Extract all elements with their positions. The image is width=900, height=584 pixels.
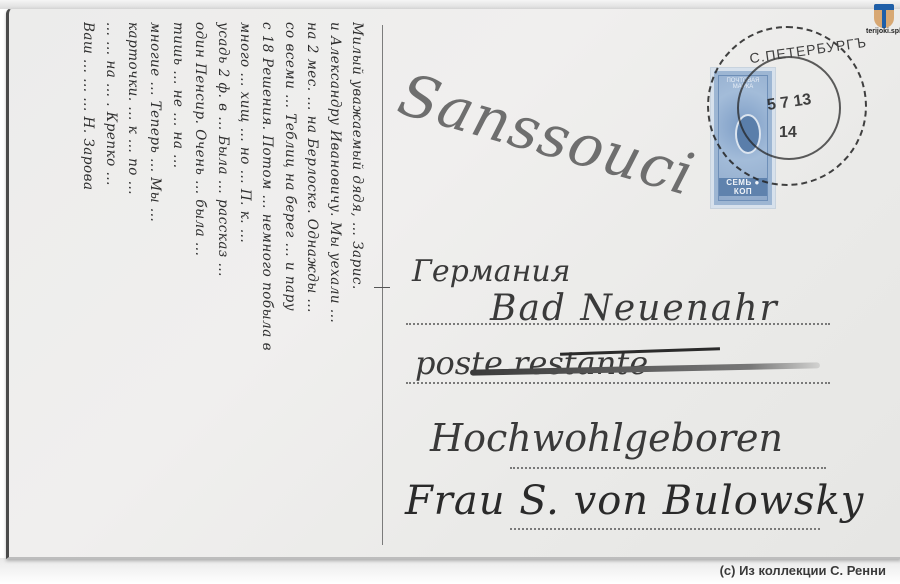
logo-text: terijoki.spb.ru: [866, 28, 900, 35]
handwritten-message: Милый уважаемый дядя, ... Зарис. и Алекс…: [14, 12, 374, 547]
message-line: Ваш ... ... ... Н. Зарова: [77, 22, 99, 537]
message-line: со всеми ... Теблиц на берег ... и пару: [278, 22, 300, 537]
address-line-2: [406, 382, 830, 384]
watermark-logo: terijoki.spb.ru: [864, 2, 900, 38]
message-area: Милый уважаемый дядя, ... Зарис. и Алекс…: [14, 12, 374, 552]
postmark: С.ПЕТЕРБУРГЪ 5 7 13 14: [707, 26, 867, 186]
address-country: Германия: [412, 254, 571, 289]
address-honorific: Hochwohlgeboren: [430, 416, 783, 460]
copyright-credit: (c) Из коллекции С. Ренни: [720, 563, 886, 578]
divider-tick: [374, 287, 390, 288]
center-divider-line: [382, 25, 383, 545]
address-delivery-struck: poste restante: [415, 344, 648, 382]
message-line: ... ... на ... . Крепко ...: [99, 22, 121, 537]
message-line: на 2 мес. ... на Берлоске. Однажды ...: [301, 22, 323, 537]
message-line: Милый уважаемый дядя, ... Зарис.: [346, 22, 368, 537]
message-line: с 18 Решения. Потом ... немного побыла в: [256, 22, 278, 537]
shield-icon: [874, 4, 894, 28]
message-line: усадь 2 ф. в ... Была ... рассказ ...: [211, 22, 233, 537]
address-line-4: [510, 528, 820, 530]
address-line-3: [510, 467, 826, 469]
message-line: один Пенсир. Очень ... была ...: [189, 22, 211, 537]
postmark-time: 14: [779, 124, 797, 142]
message-line: много ... хищ ... но ... П. к. ...: [234, 22, 256, 537]
address-recipient: Frau S. von Bulowsky: [405, 478, 864, 524]
message-line: и Александру Ивановичу. Мы уехали ...: [323, 22, 345, 537]
message-line: многие ... Теперь ... Мы ...: [144, 22, 166, 537]
message-line: карточки. ... к ... по ...: [122, 22, 144, 537]
message-line: тишь ... не ... на ...: [166, 22, 188, 537]
address-line-1: [406, 323, 830, 325]
